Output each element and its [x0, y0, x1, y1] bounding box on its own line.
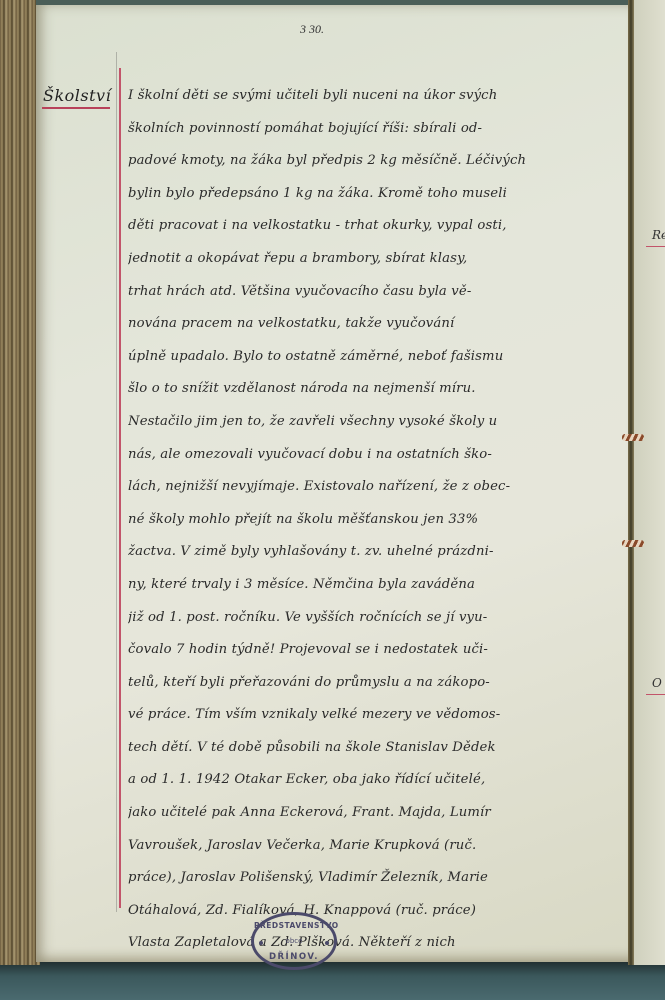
stamp-star-icon — [325, 941, 329, 945]
stamp-middle-text: obce — [254, 937, 334, 945]
page-top-edge — [36, 0, 636, 5]
adjacent-note-underline — [646, 246, 665, 247]
text-line: Nestačilo jim jen to, že zavřeli všechny… — [128, 406, 594, 439]
red-margin-rule — [119, 68, 121, 908]
binding-thread — [622, 540, 644, 547]
text-line: I školní děti se svými učiteli byli nuce… — [128, 80, 594, 113]
pencil-margin-line — [116, 52, 117, 912]
text-line: trhat hrách atd. Většina vyučovacího čas… — [128, 276, 594, 309]
adjacent-page — [634, 0, 665, 965]
text-line: šlo o to snížit vzdělanost národa na nej… — [128, 373, 594, 406]
stamp-star-icon — [259, 941, 263, 945]
text-line: telů, kteří byli přeřazováni do průmyslu… — [128, 667, 594, 700]
municipal-stamp: PŘEDSTAVENSTVO obce DŘÍNOV. — [251, 912, 337, 970]
text-line: Otáhalová, Zd. Fialíková, H. Knappová (r… — [128, 895, 594, 928]
text-line: žactva. V zimě byly vyhlašovány t. zv. u… — [128, 536, 594, 569]
stamp-top-text: PŘEDSTAVENSTVO — [254, 921, 334, 930]
text-line: padové kmoty, na žáka byl předpis 2 kg m… — [128, 145, 594, 178]
text-line: vé práce. Tím vším vznikaly velké mezery… — [128, 699, 594, 732]
text-line: čovalo 7 hodin týdně! Projevoval se i ne… — [128, 634, 594, 667]
text-line: úplně upadalo. Bylo to ostatně záměrné, … — [128, 341, 594, 374]
stamp-bottom-text: DŘÍNOV. — [254, 952, 334, 962]
text-line: Vlasta Zapletalová a Zd. Plšková. Někteř… — [128, 927, 594, 960]
section-heading: Školství — [43, 86, 111, 105]
table-background — [0, 960, 665, 1000]
page-number: 3 30. — [300, 22, 324, 37]
text-line: a od 1. 1. 1942 Otakar Ecker, oba jako ř… — [128, 764, 594, 797]
text-line: jako učitelé pak Anna Eckerová, Frant. M… — [128, 797, 594, 830]
text-line: jednotit a okopávat řepu a brambory, sbí… — [128, 243, 594, 276]
handwritten-body: I školní děti se svými učiteli byli nuce… — [128, 80, 594, 960]
text-line: nována pracem na velkostatku, takže vyuč… — [128, 308, 594, 341]
text-line: né školy mohlo přejít na školu měšťansko… — [128, 504, 594, 537]
adjacent-page-note-1: Re — [652, 228, 665, 242]
heading-underline — [42, 107, 110, 109]
text-line: nás, ale omezovali vyučovací dobu i na o… — [128, 439, 594, 472]
text-line: děti pracovat i na velkostatku - trhat o… — [128, 210, 594, 243]
text-line: Vavroušek, Jaroslav Večerka, Marie Krupk… — [128, 830, 594, 863]
adjacent-page-note-2: O — [652, 676, 662, 690]
text-line: práce), Jaroslav Polišenský, Vladimír Že… — [128, 862, 594, 895]
text-line: bylin bylo předepsáno 1 kg na žáka. Krom… — [128, 178, 594, 211]
text-line: školních povinností pomáhat bojující říš… — [128, 113, 594, 146]
text-line: tech dětí. V té době působili na škole S… — [128, 732, 594, 765]
text-line: ny, které trvaly i 3 měsíce. Němčina byl… — [128, 569, 594, 602]
adjacent-note-underline — [646, 694, 665, 695]
text-line: již od 1. post. ročníku. Ve vyšších ročn… — [128, 602, 594, 635]
binding-thread — [622, 434, 644, 441]
text-line: lách, nejnižší nevyjímaje. Existovalo na… — [128, 471, 594, 504]
book-page-edges — [0, 0, 40, 965]
